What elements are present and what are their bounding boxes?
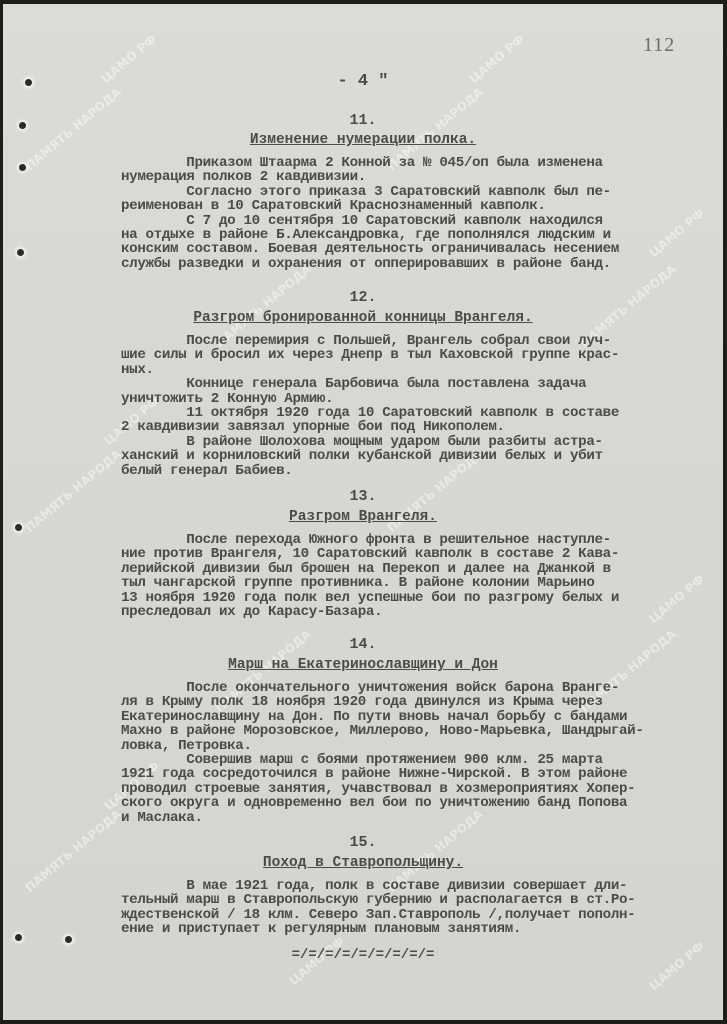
section-number: 14. bbox=[3, 636, 723, 653]
section-body: После окончательного уничтожения войск б… bbox=[121, 681, 681, 825]
section-title: Разгром Врангеля. bbox=[3, 509, 723, 525]
section-number: 12. bbox=[3, 289, 723, 306]
section-title-text: Разгром бронированной конницы Врангеля. bbox=[193, 310, 532, 326]
section-title-text: Разгром Врангеля. bbox=[289, 509, 437, 525]
end-mark: =/=/=/=/=/=/=/=/= bbox=[3, 947, 723, 963]
punch-hole bbox=[17, 249, 24, 256]
section-title-text: Марш на Екатеринославщину и Дон bbox=[228, 657, 498, 673]
section-body: После перемирия с Польшей, Врангель собр… bbox=[121, 334, 681, 478]
section-title: Изменение нумерации полка. bbox=[3, 132, 723, 148]
punch-hole bbox=[65, 936, 72, 943]
document-page: ЦАМО РФ ЦАМО РФ ЦАМО РФ ЦАМО РФ ЦАМО РФ … bbox=[3, 4, 723, 1020]
archive-page-number: 112 bbox=[643, 34, 675, 57]
section-title-text: Изменение нумерации полка. bbox=[250, 132, 476, 148]
watermark-pamyat-naroda: ПАМЯТЬ НАРОДА bbox=[23, 85, 124, 173]
page-marker: - 4 " bbox=[3, 72, 723, 91]
watermark-pamyat-naroda: ПАМЯТЬ НАРОДА bbox=[23, 807, 124, 895]
punch-hole bbox=[15, 934, 22, 941]
section-title: Марш на Екатеринославщину и Дон bbox=[3, 657, 723, 673]
section-number: 13. bbox=[3, 488, 723, 505]
section-body: Приказом Штаарма 2 Конной за № 045/оп бы… bbox=[121, 156, 681, 271]
section-number: 15. bbox=[3, 834, 723, 851]
section-title: Разгром бронированной конницы Врангеля. bbox=[3, 310, 723, 326]
section-number: 11. bbox=[3, 112, 723, 129]
section-title: Поход в Ставропольщину. bbox=[3, 855, 723, 871]
punch-hole bbox=[15, 524, 22, 531]
section-body: В мае 1921 года, полк в составе дивизии … bbox=[121, 879, 681, 937]
section-title-text: Поход в Ставропольщину. bbox=[263, 855, 463, 871]
section-body: После перехода Южного фронта в решительн… bbox=[121, 533, 681, 619]
